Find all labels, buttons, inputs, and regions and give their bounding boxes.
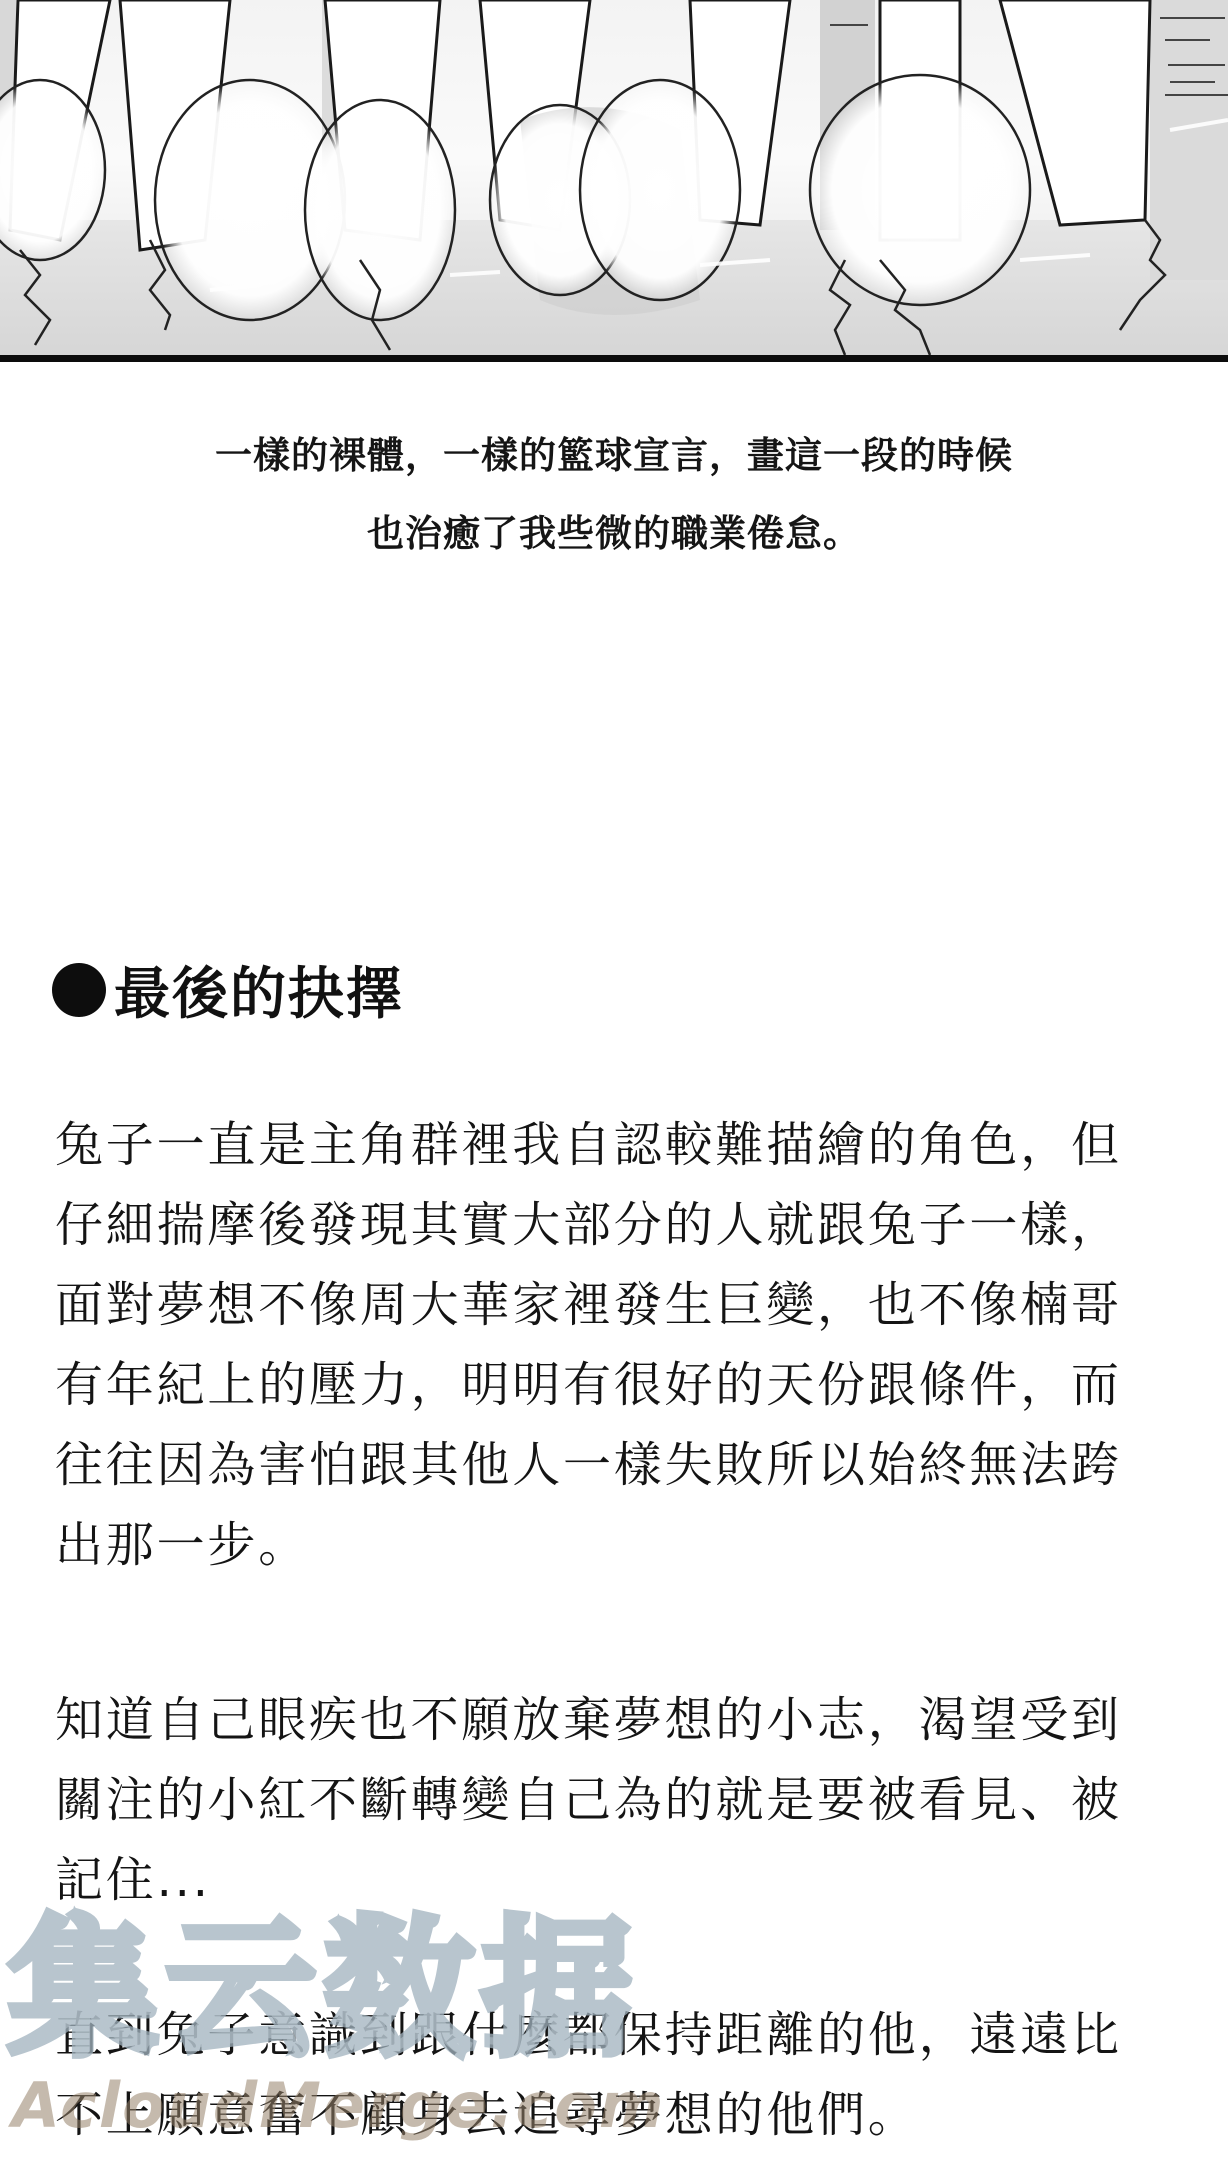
- text-line: 記住...: [55, 1840, 1165, 1920]
- text-line: 直到兔子意識到跟什麼都保持距離的他，遠遠比: [55, 1995, 1165, 2075]
- manga-panel-illustration: [0, 0, 1228, 356]
- text-line: 有年紀上的壓力，明明有很好的天份跟條件，而: [55, 1345, 1165, 1425]
- text-line: 出那一步。: [55, 1505, 1165, 1585]
- section-title: 最後的抉擇: [114, 950, 404, 1030]
- bullet-icon: [52, 963, 106, 1017]
- panel-border: [0, 355, 1228, 362]
- text-line: 往往因為害怕跟其他人一樣失敗所以始終無法跨: [55, 1425, 1165, 1505]
- section-heading: 最後的抉擇: [52, 955, 404, 1025]
- text-line: 知道自己眼疾也不願放棄夢想的小志，渴望受到: [55, 1680, 1165, 1760]
- caption-line-2: 也治癒了我些微的職業倦怠。: [0, 503, 1228, 557]
- steam-legs-artwork: [0, 0, 1228, 356]
- text-line: 仔細揣摩後發現其實大部分的人就跟兔子一樣，: [55, 1185, 1165, 1265]
- text-line: 關注的小紅不斷轉變自己為的就是要被看見、被: [55, 1760, 1165, 1840]
- text-line: 兔子一直是主角群裡我自認較難描繪的角色，但: [55, 1105, 1165, 1185]
- paragraph-2: 知道自己眼疾也不願放棄夢想的小志，渴望受到 關注的小紅不斷轉變自己為的就是要被看…: [55, 1680, 1165, 1920]
- text-line: 不上願意奮不顧身去追尋夢想的他們。: [55, 2075, 1165, 2155]
- text-line: 面對夢想不像周大華家裡發生巨變，也不像楠哥: [55, 1265, 1165, 1345]
- paragraph-3: 直到兔子意識到跟什麼都保持距離的他，遠遠比 不上願意奮不顧身去追尋夢想的他們。: [55, 1995, 1165, 2155]
- paragraph-1: 兔子一直是主角群裡我自認較難描繪的角色，但 仔細揣摩後發現其實大部分的人就跟兔子…: [55, 1105, 1165, 1585]
- caption-line-1: 一樣的裸體，一樣的籃球宣言，畫這一段的時候: [0, 425, 1228, 479]
